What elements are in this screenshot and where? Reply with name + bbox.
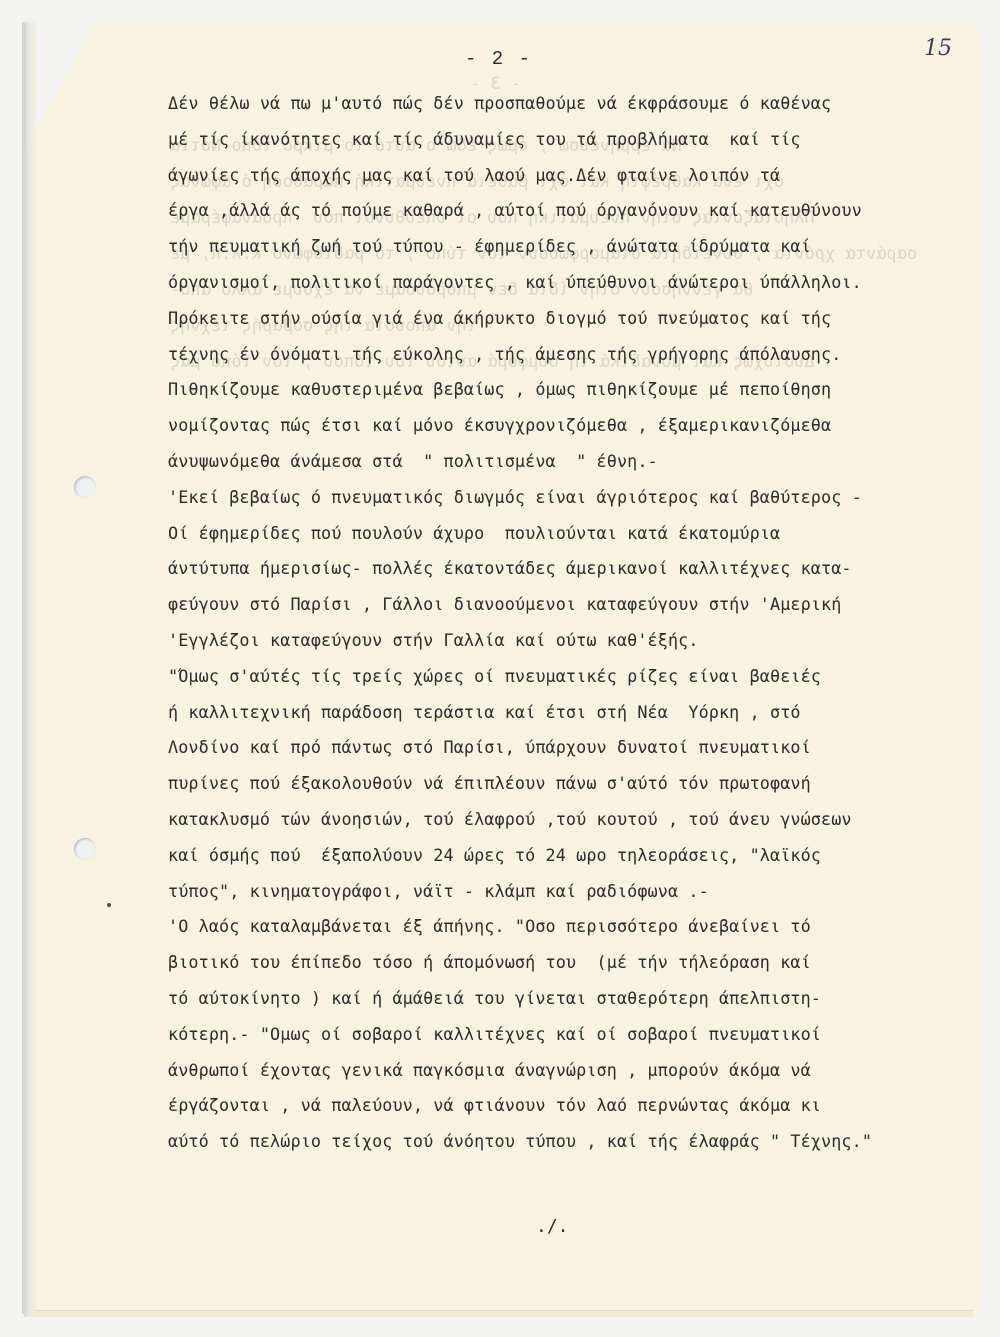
handwritten-page-number: 15: [924, 36, 952, 61]
scanned-document: - 3 - Νά έρμηνεύσω , όμως έδω ο αυτό το …: [0, 0, 1000, 1337]
text-line: πυρίνες πού έξακολουθούν νά έπιπλέουν πά…: [168, 766, 958, 802]
text-line: φεύγουν στό Παρίσι , Γάλλοι διανοούμενοι…: [168, 587, 958, 623]
text-line: Πιθηκίζουμε καθυστεριμένα βεβαίως , όμως…: [168, 372, 958, 408]
text-line: έργα ,άλλά άς τό πούμε καθαρά , αύτοί πο…: [168, 193, 958, 229]
text-line: Λονδίνο καί πρό πάντως στό Παρίσι, ύπάρχ…: [168, 730, 958, 766]
punch-hole-bottom: [74, 838, 96, 860]
text-line: άγωνίες τής άποχής μας καί τού λαού μας.…: [168, 158, 958, 194]
text-line: 'Ο λαός καταλαμβάνεται έξ άπήνης. "Οσο π…: [168, 909, 958, 945]
text-line: άνθρωποί έχοντας γενικά παγκόσμια άναγνώ…: [168, 1053, 958, 1089]
text-line: βιοτικό του έπίπεδο τόσο ή άπομόνωσή του…: [168, 945, 958, 981]
text-line: άνυψωνόμεθα άνάμεσα στά " πολιτισμένα " …: [168, 444, 958, 480]
text-line: αύτό τό πελώριο τείχος τού άνόητου τύπου…: [168, 1124, 958, 1160]
text-line: Πρόκειτε στήν ούσία γιά ένα άκήρυκτο διο…: [168, 301, 958, 337]
text-line: τέχνης έν όνόματι τής εύκολης , τής άμεσ…: [168, 337, 958, 373]
text-line: "Όμως σ'αύτές τίς τρείς χώρες οί πνευματ…: [168, 659, 958, 695]
text-line: άντύτυπα ήμερισίως- πολλές έκατοντάδες ά…: [168, 551, 958, 587]
continuation-mark: ./.: [536, 1216, 569, 1237]
text-line: κατακλυσμό τών άνοησιών, τού έλαφρού ,το…: [168, 802, 958, 838]
text-line: όργανισμοί, πολιτικοί παράγοντες , καί ύ…: [168, 265, 958, 301]
typed-body-text: Δέν θέλω νά πω μ'αυτό πώς δέν προσπαθούμ…: [168, 86, 958, 1160]
ink-speck: [107, 903, 111, 907]
text-line: τύπος", κινηματογράφοι, νάϊτ - κλάμπ καί…: [168, 874, 958, 910]
punch-hole-top: [74, 476, 96, 498]
text-line: μέ τίς ίκανότητες καί τίς άδυναμίες του …: [168, 122, 958, 158]
typed-page-number: - 2 -: [465, 48, 575, 70]
text-line: τήν πευματική ζωή τού τύπου - έφημερίδες…: [168, 229, 958, 265]
text-line: Οί έφημερίδες πού πουλούν άχυρο πουλιούν…: [168, 516, 958, 552]
text-line: νομίζοντας πώς έτσι καί μόνο έκσυγχρονιζ…: [168, 408, 958, 444]
text-line: 'Εκεί βεβαίως ό πνευματικός διωγμός είνα…: [168, 480, 958, 516]
text-line: τό αύτοκίνητο ) καί ή άμάθειά του γίνετα…: [168, 981, 958, 1017]
text-line: Δέν θέλω νά πω μ'αυτό πώς δέν προσπαθούμ…: [168, 86, 958, 122]
text-line: έργάζονται , νά παλεύουν, νά φτιάνουν τό…: [168, 1088, 958, 1124]
text-line: ή καλλιτεχνική παράδοση τεράστια καί έτσ…: [168, 695, 958, 731]
binding-edge: [24, 22, 36, 1317]
text-line: καί όσμής πού έξαπολύουν 24 ώρες τό 24 ω…: [168, 838, 958, 874]
text-line: 'Εγγλέζοι καταφεύγουν στήν Γαλλία καί ού…: [168, 623, 958, 659]
text-line: κότερη.- "Ομως οί σοβαροί καλλιτέχνες κα…: [168, 1017, 958, 1053]
